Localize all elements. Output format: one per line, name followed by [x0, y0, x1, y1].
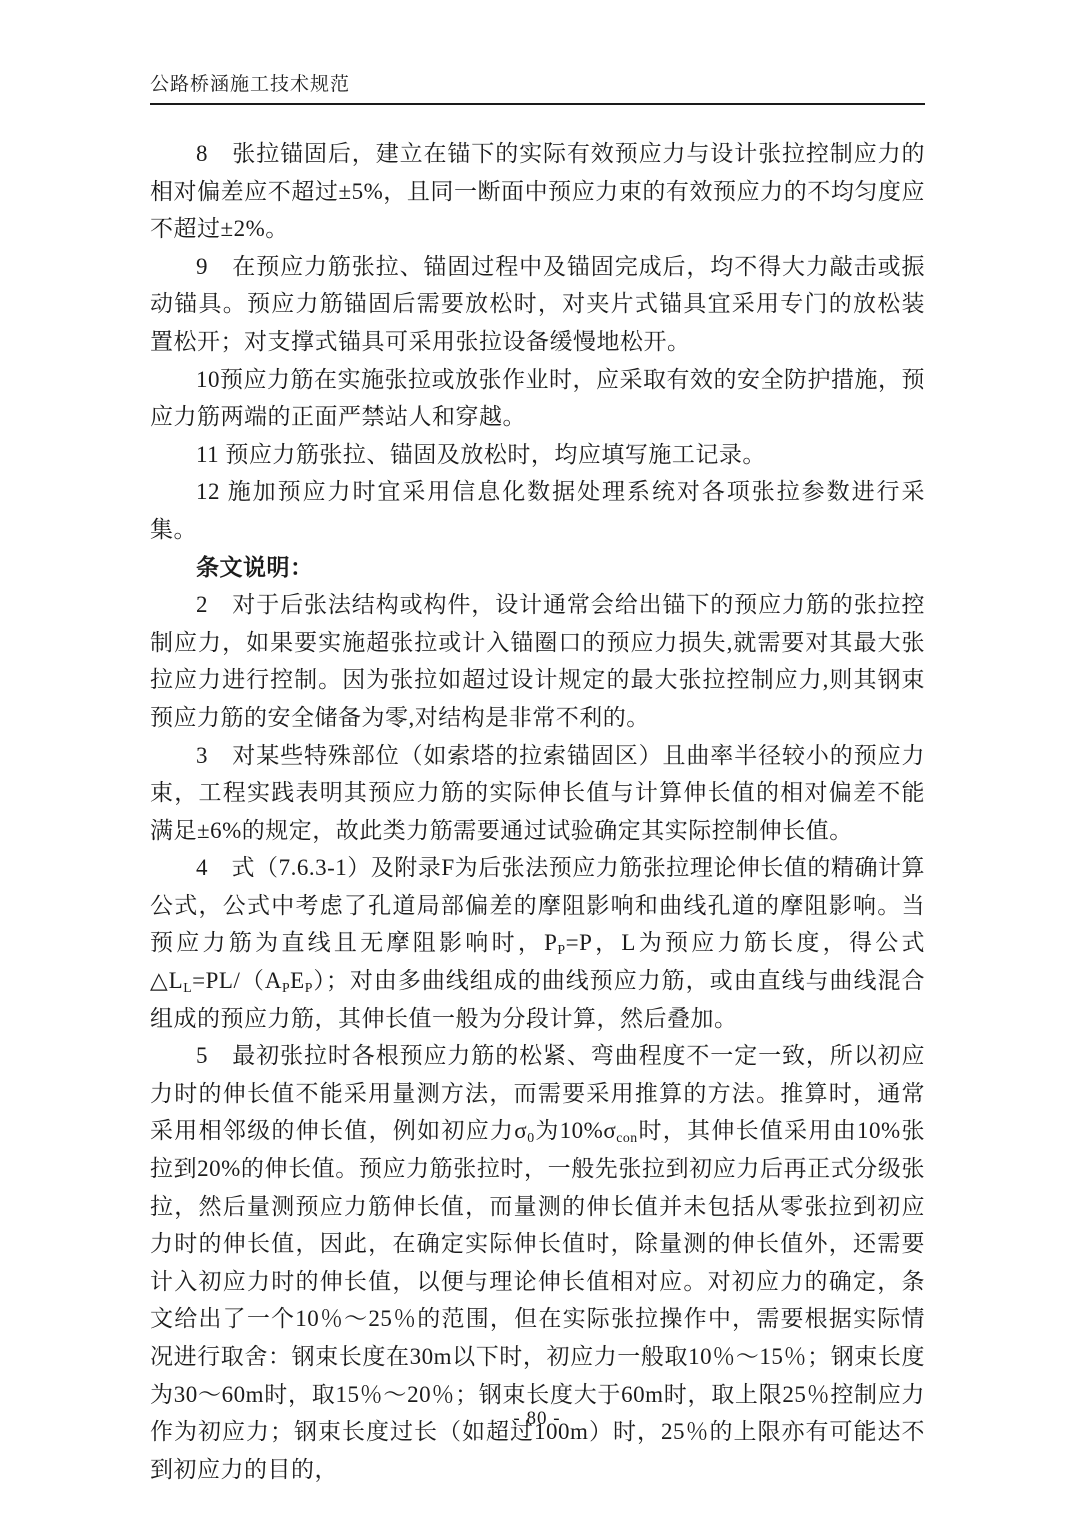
- commentary-section: 条文说明： 2 对于后张法结构或构件，设计通常会给出锚下的预应力筋的张拉控制应力…: [150, 549, 925, 1489]
- clause-10: 10预应力筋在实施张拉或放张作业时，应采取有效的安全防护措施，预应力筋两端的正面…: [150, 361, 925, 436]
- commentary-para-2: 2 对于后张法结构或构件，设计通常会给出锚下的预应力筋的张拉控制应力，如果要实施…: [150, 586, 925, 736]
- clause-11: 11 预应力筋张拉、锚固及放松时，均应填写施工记录。: [150, 436, 925, 474]
- page-footer: - 80 -: [0, 1408, 1074, 1430]
- page-body: 8 张拉锚固后，建立在锚下的实际有效预应力与设计张拉控制应力的相对偏差应不超过±…: [150, 135, 925, 1488]
- clause-9: 9 在预应力筋张拉、锚固过程中及锚固完成后，均不得大力敲击或振动锚具。预应力筋锚…: [150, 248, 925, 361]
- clause-8: 8 张拉锚固后，建立在锚下的实际有效预应力与设计张拉控制应力的相对偏差应不超过±…: [150, 135, 925, 248]
- page-number: - 80 -: [513, 1408, 560, 1429]
- clause-12: 12 施加预应力时宜采用信息化数据处理系统对各项张拉参数进行采集。: [150, 473, 925, 548]
- commentary-para-3: 3 对某些特殊部位（如索塔的拉索锚固区）且曲率半径较小的预应力束，工程实践表明其…: [150, 737, 925, 850]
- commentary-para-4: 4 式（7.6.3-1）及附录F为后张法预应力筋张拉理论伸长值的精确计算公式，公…: [150, 849, 925, 1037]
- commentary-heading: 条文说明：: [150, 549, 925, 587]
- document-page: 公路桥涵施工技术规范 8 张拉锚固后，建立在锚下的实际有效预应力与设计张拉控制应…: [0, 0, 1074, 1520]
- page-header: 公路桥涵施工技术规范: [150, 74, 925, 105]
- running-head-title: 公路桥涵施工技术规范: [150, 74, 925, 96]
- clauses-section: 8 张拉锚固后，建立在锚下的实际有效预应力与设计张拉控制应力的相对偏差应不超过±…: [150, 135, 925, 549]
